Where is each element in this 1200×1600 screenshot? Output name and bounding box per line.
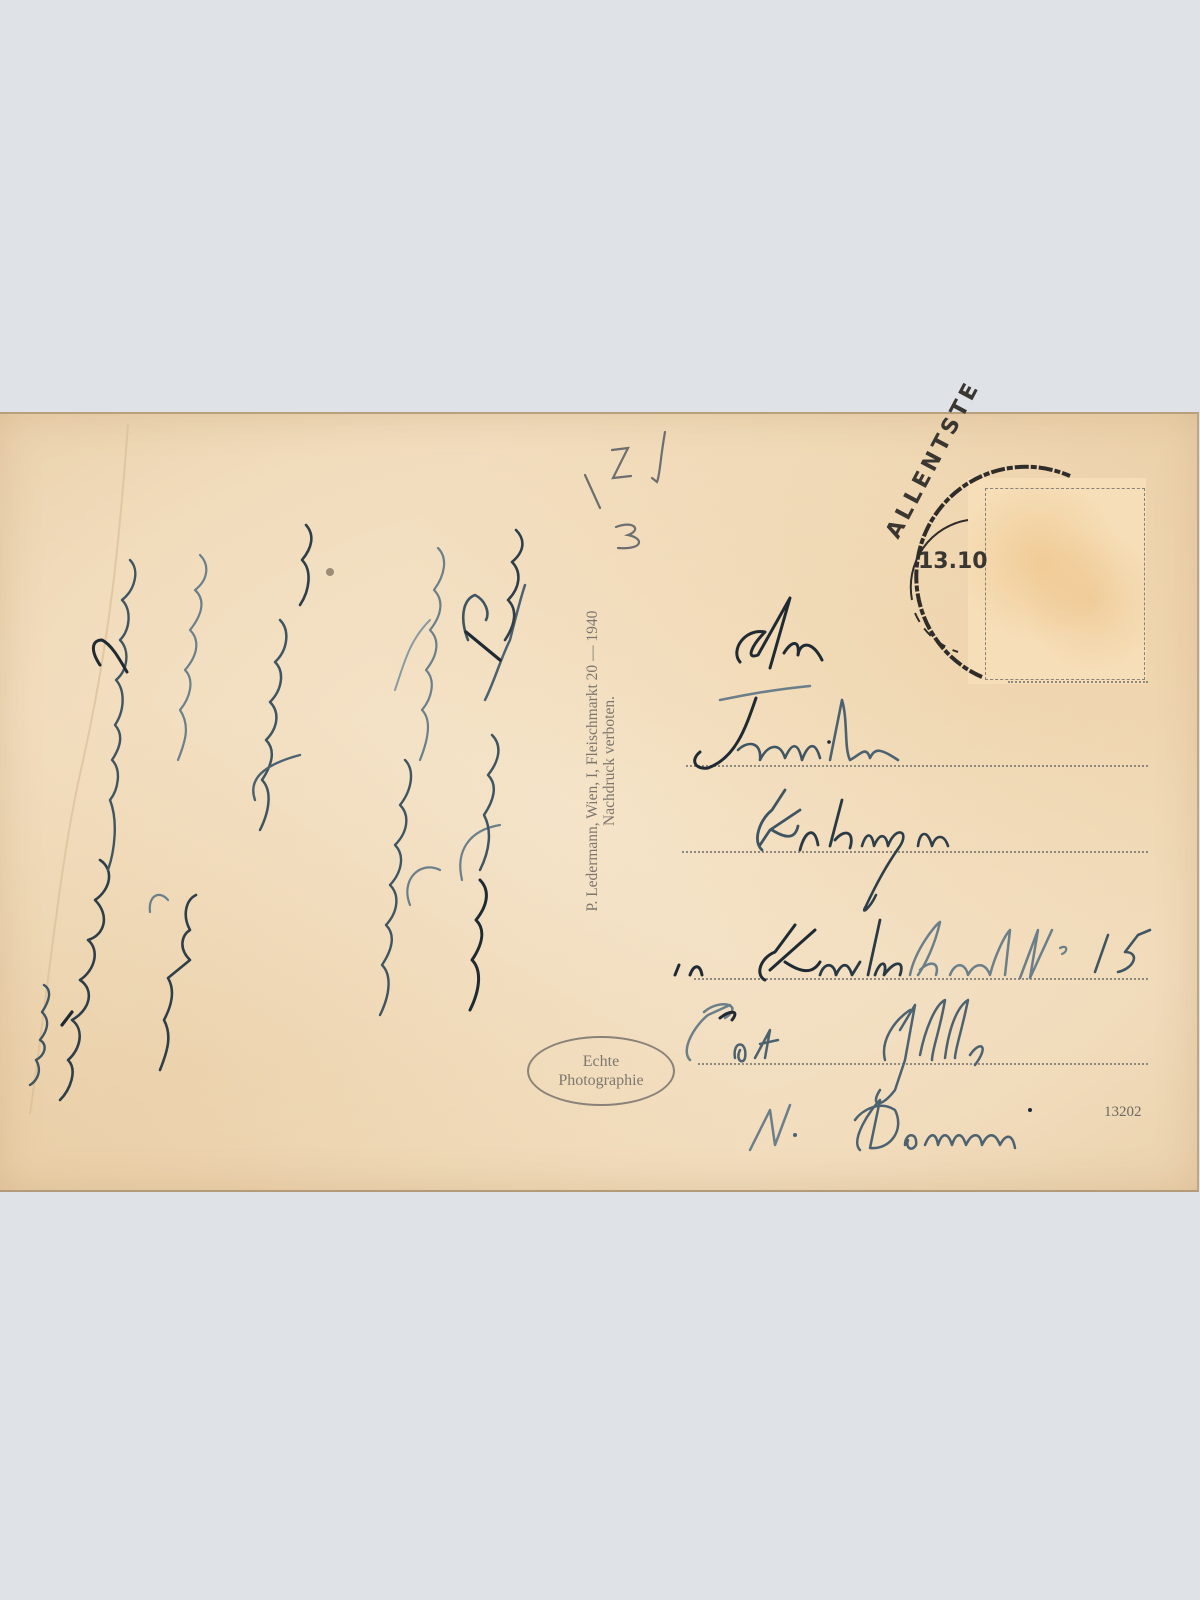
- publisher-line-1: P. Ledermann, Wien, I, Fleischmarkt 20 —…: [584, 556, 601, 966]
- publisher-line-2: Nachdruck verboten.: [601, 556, 618, 966]
- address-line-4: [694, 978, 1148, 980]
- address-line-3: [682, 851, 1148, 853]
- stamp-outline: [985, 488, 1145, 680]
- paper-crease: [0, 414, 600, 1190]
- publisher-imprint: P. Ledermann, Wien, I, Fleischmarkt 20 —…: [584, 556, 618, 966]
- address-line-1: [1008, 681, 1148, 683]
- photo-mark-line-1: Echte: [529, 1052, 673, 1071]
- serial-number: 13202: [1104, 1104, 1142, 1121]
- address-line-5: [698, 1063, 1148, 1065]
- photo-mark-line-2: Photographie: [529, 1071, 673, 1090]
- echte-photographie-mark: Echte Photographie: [527, 1036, 675, 1106]
- address-line-2: [686, 765, 1148, 767]
